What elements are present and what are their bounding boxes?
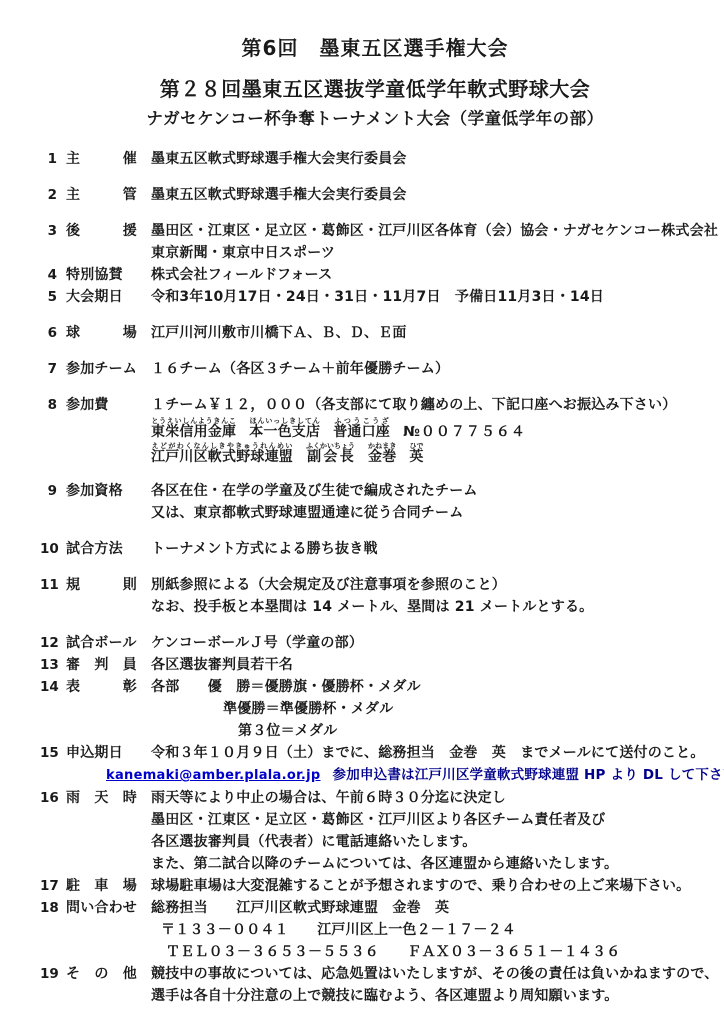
item-text: 令和３年１０月９日（土）までに、総務担当 金巻 英 までメールにて送付のこと。	[151, 742, 710, 764]
award-second: 準優勝＝準優勝杯・メダル	[223, 698, 710, 720]
item-text: １チーム￥１２，０００（各支部にて取り纏めの上、下記口座へお振込み下さい）	[151, 394, 710, 416]
item-label: 雨 天 時	[66, 787, 151, 809]
item-row-grounds: 6 球 場 江戸川河川敷市川橋下Ａ、Ｂ、Ｄ、Ｅ面	[40, 322, 710, 344]
item-text: 別紙参照による（大会規定及び注意事項を参照のこと）	[151, 574, 710, 596]
item-label: 審 判 員	[66, 654, 151, 676]
item-text: 江戸川河川敷市川橋下Ａ、Ｂ、Ｄ、Ｅ面	[151, 322, 710, 344]
email-link[interactable]: kanemaki@amber.plala.or.jp	[106, 765, 321, 787]
item-text: 又は、東京都軟式野球連盟通達に従う合同チーム	[151, 502, 710, 524]
item-text: 株式会社フィールドフォース	[151, 264, 710, 286]
org-name: 江戸川区軟式野球連盟えどがわくなんしきやきゅうれんめい	[151, 449, 293, 465]
item-label: 参加チーム	[66, 358, 151, 380]
item-text: 東京新聞・東京中日スポーツ	[151, 242, 710, 264]
item-text: なお、投手板と本塁間は 14 メートル、塁間は 21 メートルとする。	[151, 596, 710, 618]
item-text: 墨田区・江東区・足立区・葛飾区・江戸川区より各区チーム責任者及び	[151, 809, 710, 831]
item-row-contact: 18 問い合わせ 総務担当 江戸川区軟式野球連盟 金巻 英 〒１３３－００４１ …	[40, 897, 710, 963]
item-row-awards: 14 表 彰 各部 優 勝＝優勝旗・優勝杯・メダル 準優勝＝準優勝杯・メダル 第…	[40, 676, 710, 742]
item-label: 問い合わせ	[66, 897, 151, 919]
item-number: 19	[40, 963, 57, 985]
bank-name: 東栄信用金庫とうえいしんようきんこ	[151, 424, 236, 440]
item-number: 4	[40, 264, 57, 286]
award-third: 第３位＝メダル	[238, 720, 710, 742]
item-row-format: 10 試合方法 トーナメント方式による勝ち抜き戦	[40, 538, 710, 560]
item-row-rules: 11 規 則 別紙参照による（大会規定及び注意事項を参照のこと） なお、投手板と…	[40, 574, 710, 618]
item-label: 主 管	[66, 184, 151, 206]
item-number: 10	[40, 538, 57, 560]
item-text: 令和3年10月17日・24日・31日・11月7日 予備日11月3日・14日	[151, 286, 710, 308]
bank-branch: 本一色支店ほんいっしきしてん	[249, 424, 320, 440]
tel-fax-line: ＴＥＬ０３－３６５３－５５３６ ＦＡＸ０３－３６５１－１４３６	[166, 941, 710, 963]
item-number: 1	[40, 148, 57, 170]
item-label: 規 則	[66, 574, 151, 596]
item-number: 8	[40, 394, 57, 416]
item-label: 特別協賛	[66, 264, 151, 286]
item-label: 駐 車 場	[66, 875, 151, 897]
item-row-organizer: 1 主 催 墨東五区軟式野球選手権大会実行委員会	[40, 148, 710, 170]
item-number: 6	[40, 322, 57, 344]
item-row-management: 2 主 管 墨東五区軟式野球選手権大会実行委員会	[40, 184, 710, 206]
item-label: 後 援	[66, 220, 151, 242]
item-text: 雨天等により中止の場合は、午前６時３０分迄に決定し	[151, 787, 710, 809]
item-number: 9	[40, 480, 57, 502]
item-text: 墨東五区軟式野球選手権大会実行委員会	[151, 184, 710, 206]
item-label: 大会期日	[66, 286, 151, 308]
item-number: 2	[40, 184, 57, 206]
account-holder-line: 江戸川区軟式野球連盟えどがわくなんしきやきゅうれんめい副会長ふくかいちょう金巻か…	[151, 441, 710, 466]
bank-account-line: 東栄信用金庫とうえいしんようきんこ本一色支店ほんいっしきしてん普通口座ふつうこう…	[151, 416, 710, 441]
item-text: トーナメント方式による勝ち抜き戦	[151, 538, 710, 560]
item-label: そ の 他	[66, 963, 151, 985]
item-number: 18	[40, 897, 57, 919]
title-sub: 第２８回墨東五区選抜学童低学年軟式野球大会	[40, 77, 710, 101]
title-main: 第6回 墨東五区選手権大会	[40, 36, 710, 60]
item-number: 3	[40, 220, 57, 242]
item-text: 墨田区・江東区・足立区・葛飾区・江戸川区各体育（会）協会・ナガセケンコー株式会社	[151, 220, 710, 242]
item-text: 各区選抜審判員（代表者）に電話連絡いたします。	[151, 831, 710, 853]
person-given-name: 英ひで	[409, 449, 423, 465]
item-text: 球場駐車場は大変混雑することが予想されますので、乗り合わせの上ご来場下さい。	[151, 875, 710, 897]
item-text: 各区選抜審判員若干名	[151, 654, 710, 676]
account-number: №００７７５６４	[403, 424, 526, 440]
item-label: 試合ボール	[66, 632, 151, 654]
item-number: 16	[40, 787, 57, 809]
item-row-teams: 7 参加チーム １６チーム（各区３チーム＋前年優勝チーム）	[40, 358, 710, 380]
title-tournament: ナガセケンコー杯争奪トーナメント大会（学童低学年の部）	[40, 108, 710, 129]
item-row-rainout: 16 雨 天 時 雨天等により中止の場合は、午前６時３０分迄に決定し 墨田区・江…	[40, 787, 710, 875]
item-number: 5	[40, 286, 57, 308]
item-label: 参加費	[66, 394, 151, 416]
person-surname: 金巻かねまき	[368, 449, 396, 465]
item-text: １６チーム（各区３チーム＋前年優勝チーム）	[151, 358, 710, 380]
account-type: 普通口座ふつうこうざ	[333, 424, 390, 440]
award-first: 各部 優 勝＝優勝旗・優勝杯・メダル	[151, 676, 710, 698]
item-row-eligibility: 9 参加資格 各区在住・在学の学童及び生徒で編成されたチーム 又は、東京都軟式野…	[40, 480, 710, 524]
application-note: 参加申込書は江戸川区学童軟式野球連盟 HP より DL して下さい。	[333, 764, 724, 786]
postal-address-line: 〒１３３－００４１ 江戸川区上一色２－１７－２４	[161, 919, 710, 941]
item-row-special-sponsor: 4 特別協賛 株式会社フィールドフォース	[40, 264, 710, 286]
item-row-umpires: 13 審 判 員 各区選抜審判員若干名	[40, 654, 710, 676]
item-label: 試合方法	[66, 538, 151, 560]
org-title: 副会長ふくかいちょう	[306, 449, 355, 465]
item-number: 13	[40, 654, 57, 676]
item-number: 14	[40, 676, 57, 698]
contact-person-line: 総務担当 江戸川区軟式野球連盟 金巻 英	[151, 897, 710, 919]
item-row-support: 3 後 援 墨田区・江東区・足立区・葛飾区・江戸川区各体育（会）協会・ナガセケン…	[40, 220, 710, 264]
item-text: また、第二試合以降のチームについては、各区連盟から連絡いたします。	[151, 853, 710, 875]
item-text: 競技中の事故については、応急処置はいたしますが、その後の責任は負いかねますので、	[151, 963, 710, 985]
item-number: 12	[40, 632, 57, 654]
item-row-other: 19 そ の 他 競技中の事故については、応急処置はいたしますが、その後の責任は…	[40, 963, 710, 1007]
item-number: 15	[40, 742, 57, 764]
item-row-dates: 5 大会期日 令和3年10月17日・24日・31日・11月7日 予備日11月3日…	[40, 286, 710, 308]
item-label: 参加資格	[66, 480, 151, 502]
item-row-deadline: 15 申込期日 令和３年１０月９日（土）までに、総務担当 金巻 英 までメールに…	[40, 742, 710, 787]
item-row-ball: 12 試合ボール ケンコーボールＪ号（学童の部）	[40, 632, 710, 654]
item-row-fee: 8 参加費 １チーム￥１２，０００（各支部にて取り纏めの上、下記口座へお振込み下…	[40, 394, 710, 466]
item-text: ケンコーボールＪ号（学童の部）	[151, 632, 710, 654]
item-number: 11	[40, 574, 57, 596]
item-label: 表 彰	[66, 676, 151, 698]
document-page: 第6回 墨東五区選手権大会 第２８回墨東五区選抜学童低学年軟式野球大会 ナガセケ…	[0, 0, 724, 1024]
item-text: 各区在住・在学の学童及び生徒で編成されたチーム	[151, 480, 710, 502]
item-number: 7	[40, 358, 57, 380]
application-line: kanemaki@amber.plala.or.jp 参加申込書は江戸川区学童軟…	[106, 764, 710, 787]
item-label: 申込期日	[66, 742, 151, 764]
item-label: 主 催	[66, 148, 151, 170]
item-number: 17	[40, 875, 57, 897]
item-row-parking: 17 駐 車 場 球場駐車場は大変混雑することが予想されますので、乗り合わせの上…	[40, 875, 710, 897]
item-label: 球 場	[66, 322, 151, 344]
item-text: 選手は各自十分注意の上で競技に臨むよう、各区連盟より周知願います。	[151, 985, 710, 1007]
item-text: 墨東五区軟式野球選手権大会実行委員会	[151, 148, 710, 170]
